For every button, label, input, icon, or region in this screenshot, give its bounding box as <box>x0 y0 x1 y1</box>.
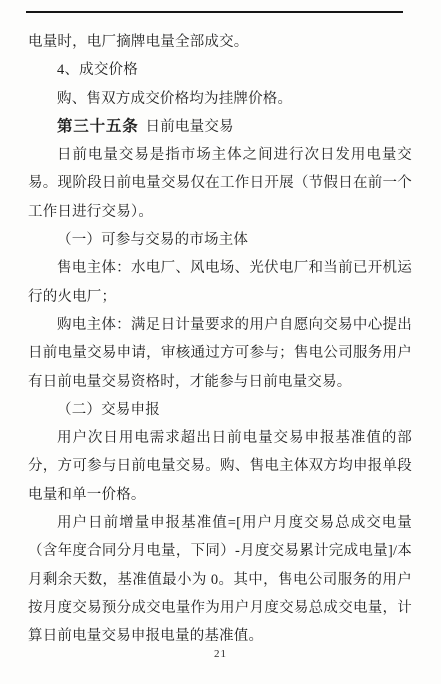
text-line: 4、成交价格 <box>28 56 412 84</box>
text-run: 易。现阶段日前电量交易仅在工作日开展（节假日在前一个 <box>28 175 412 191</box>
text-run: 月剩余天数，基准值最小为 0。其中，售电公司服务的用户 <box>28 572 412 588</box>
text-line: （含年度合同分月电量，下同）-月度交易累计完成电量]/本 <box>28 537 412 565</box>
text-run: 分，方可参与日前电量交易。购、售电主体双方均申报单段 <box>28 458 412 474</box>
text-line: 分，方可参与日前电量交易。购、售电主体双方均申报单段 <box>28 452 412 480</box>
text-line: 电量和单一价格。 <box>28 481 412 509</box>
text-line: 月剩余天数，基准值最小为 0。其中，售电公司服务的用户 <box>28 566 412 594</box>
text-run: 电量和单一价格。 <box>28 487 146 503</box>
text-line: 有日前电量交易资格时，才能参与日前电量交易。 <box>28 368 412 396</box>
text-run: 购电主体：满足日计量要求的用户自愿向交易中心提出 <box>57 317 412 333</box>
text-run: 4、成交价格 <box>57 62 138 78</box>
text-run: 用户日前增量申报基准值=[用户月度交易总成交电量 <box>57 515 412 531</box>
text-run: 购、售双方成交价格均为挂牌价格。 <box>57 91 292 107</box>
text-line: 日前电量交易是指市场主体之间进行次日发用电量交 <box>28 141 412 169</box>
text-line: 工作日进行交易）。 <box>28 198 412 226</box>
text-line: 用户日前增量申报基准值=[用户月度交易总成交电量 <box>28 509 412 537</box>
text-run: 按月度交易预分成交电量作为用户月度交易总成交电量，计 <box>28 600 412 616</box>
text-run: 行的火电厂； <box>28 289 116 305</box>
text-run: 电量时，电厂摘牌电量全部成交。 <box>28 34 249 50</box>
text-run: （含年度合同分月电量，下同）-月度交易累计完成电量]/本 <box>28 543 412 559</box>
header-rule <box>26 11 403 13</box>
text-line: 日前电量交易申请，审核通过方可参与；售电公司服务用户 <box>28 339 412 367</box>
text-line: （二）交易申报 <box>28 396 412 424</box>
text-run: 日前电量交易 <box>146 119 234 135</box>
text-run: 售电主体：水电厂、风电场、光伏电厂和当前已开机运 <box>57 260 412 276</box>
text-line: 第三十五条日前电量交易 <box>28 113 412 141</box>
text-line: 易。现阶段日前电量交易仅在工作日开展（节假日在前一个 <box>28 169 412 197</box>
text-line: 售电主体：水电厂、风电场、光伏电厂和当前已开机运 <box>28 254 412 282</box>
text-line: 电量时，电厂摘牌电量全部成交。 <box>28 28 412 56</box>
text-line: 购电主体：满足日计量要求的用户自愿向交易中心提出 <box>28 311 412 339</box>
text-run: （一）可参与交易的市场主体 <box>57 232 248 248</box>
text-line: 行的火电厂； <box>28 283 412 311</box>
text-line: 购、售双方成交价格均为挂牌价格。 <box>28 85 412 113</box>
text-line: 算日前电量交易申报电量的基准值。 <box>28 622 412 650</box>
text-run: 日前电量交易是指市场主体之间进行次日发用电量交 <box>57 147 412 163</box>
text-line: （一）可参与交易的市场主体 <box>28 226 412 254</box>
text-run: 用户次日用电需求超出日前电量交易申报基准值的部 <box>57 430 412 446</box>
article-heading-number: 第三十五条 <box>57 118 139 135</box>
text-run: 有日前电量交易资格时，才能参与日前电量交易。 <box>28 374 351 390</box>
text-line: 按月度交易预分成交电量作为用户月度交易总成交电量，计 <box>28 594 412 622</box>
text-run: 日前电量交易申请，审核通过方可参与；售电公司服务用户 <box>28 345 412 361</box>
text-run: 工作日进行交易）。 <box>28 204 153 220</box>
text-run: 算日前电量交易申报电量的基准值。 <box>28 628 263 644</box>
text-run: （二）交易申报 <box>57 402 160 418</box>
text-line: 用户次日用电需求超出日前电量交易申报基准值的部 <box>28 424 412 452</box>
document-page: 电量时，电厂摘牌电量全部成交。4、成交价格购、售双方成交价格均为挂牌价格。第三十… <box>0 0 441 684</box>
text-lines: 电量时，电厂摘牌电量全部成交。4、成交价格购、售双方成交价格均为挂牌价格。第三十… <box>28 28 412 651</box>
page-number: 21 <box>0 648 441 660</box>
